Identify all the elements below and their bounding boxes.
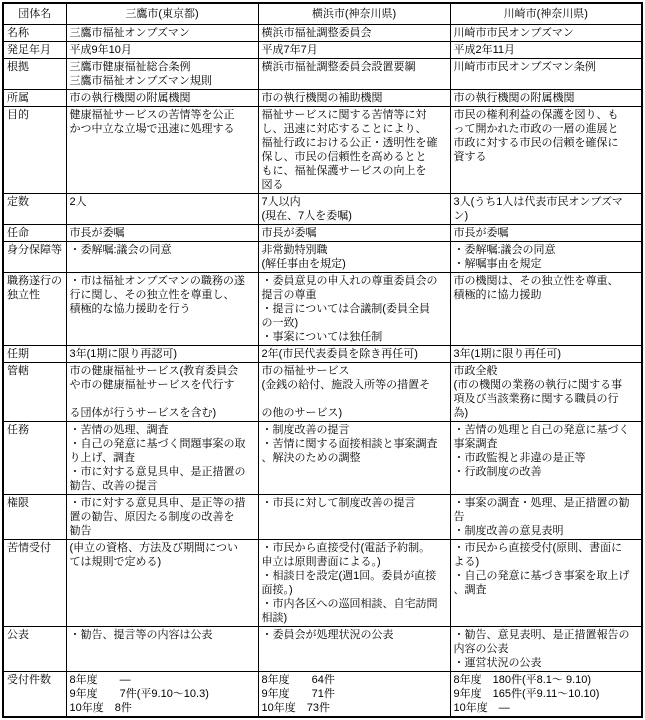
cell-mitaka: 平成9年10月 [66, 42, 258, 59]
cell-yokohama: 平成7年7月 [258, 42, 450, 59]
cell-kawasaki: 3人(うち1人は代表市民オンブズマ ン) [450, 194, 642, 225]
row-fixed-number: 定数 2人 7人以内 (現在、7人を委嘱) 3人(うち1人は代表市民オンブズマ … [3, 194, 642, 225]
cell-kawasaki: 市民の権利利益の保護を図り、も って開かれた市政の一層の進展と 市政に対する市民… [450, 107, 642, 194]
cell-kawasaki: 市長が委嘱 [450, 225, 642, 242]
cell-yokohama: ・市民から直接受付(電話予約制。 申立は原則書面による。) ・相談日を設定(週1… [258, 540, 450, 627]
row-label: 管轄 [3, 363, 66, 422]
cell-mitaka: ・苦情の処理、調査 ・自己の発意に基づく問題事案の取 り上げ、調査 ・市に対する… [66, 422, 258, 495]
cell-kawasaki: 平成2年11月 [450, 42, 642, 59]
cell-kawasaki: ・市民から直接受付(原則、書面に よる) ・自己の発意に基づき事案を取上げ 、調… [450, 540, 642, 627]
cell-mitaka: 健康福祉サービスの苦情等を公正 かつ中立な立場で迅速に処理する [66, 107, 258, 194]
row-label: 根拠 [3, 59, 66, 90]
row-affiliation: 所属 市の執行機関の附属機関 市の執行機関の補助機関 市の執行機関の附属機関 [3, 90, 642, 107]
row-established: 発足年月 平成9年10月 平成7年7月 平成2年11月 [3, 42, 642, 59]
row-cases-received: 受付件数 8年度 ― 9年度 7件(平9.10〜10.3) 10年度 8件 8年… [3, 672, 642, 718]
row-label: 職務遂行の独立性 [3, 273, 66, 346]
row-status-guarantee: 身分保障等 ・委解嘱:議会の同意 非常勤特別職 (解任事由を規定) ・委解嘱:議… [3, 242, 642, 273]
cell-mitaka: 市長が委嘱 [66, 225, 258, 242]
cell-yokohama: ・市長に対して制度改善の提言 [258, 495, 450, 540]
row-legal-basis: 根拠 三鷹市健康福祉総合条例 三鷹市福祉オンブズマン規則 横浜市福祉調整委員会設… [3, 59, 642, 90]
cell-yokohama: 市の福祉サービス (金銭の給付、施設入所等の措置そ の他のサービス) [258, 363, 450, 422]
ombudsman-comparison-document: 団体名 三鷹市(東京都) 横浜市(神奈川県) 川崎市(神奈川県) 名称 三鷹市福… [0, 0, 645, 720]
row-authority: 権限 ・市に対する意見具申、是正等の措 置の勧告、原因たる制度の改善を 勧告 ・… [3, 495, 642, 540]
header-city-mitaka: 三鷹市(東京都) [66, 3, 258, 25]
cell-mitaka: (申立の資格、方法及び期間につい ては規則で定める) [66, 540, 258, 627]
header-city-yokohama: 横浜市(神奈川県) [258, 3, 450, 25]
cell-yokohama: ・制度改善の提言 ・苦情に関する面接相談と事案調査 、解決のための調整 [258, 422, 450, 495]
cell-mitaka: 市の執行機関の附属機関 [66, 90, 258, 107]
row-purpose: 目的 健康福祉サービスの苦情等を公正 かつ中立な立場で迅速に処理する 福祉サービ… [3, 107, 642, 194]
cell-mitaka: ・市は福祉オンブズマンの職務の遂 行に関し、その独立性を尊重し、 積極的な協力援… [66, 273, 258, 346]
row-label: 名称 [3, 25, 66, 42]
row-label: 所属 [3, 90, 66, 107]
cell-kawasaki: 市の機関は、その独立性を尊重、 積極的に協力援助 [450, 273, 642, 346]
cell-kawasaki: ・事案の調査・処理、是正措置の勧 告 ・制度改善の意見表明 [450, 495, 642, 540]
row-name: 名称 三鷹市福祉オンブズマン 横浜市福祉調整委員会 川崎市市民オンブズマン [3, 25, 642, 42]
row-label: 苦情受付 [3, 540, 66, 627]
row-appointment: 任命 市長が委嘱 市長が委嘱 市長が委嘱 [3, 225, 642, 242]
cell-mitaka: 2人 [66, 194, 258, 225]
cell-yokohama: 横浜市福祉調整委員会設置要綱 [258, 59, 450, 90]
cell-kawasaki: 市政全般 (市の機関の業務の執行に関する事 項及び当該業務に関する職員の行 為) [450, 363, 642, 422]
cell-kawasaki: 川崎市市民オンブズマン [450, 25, 642, 42]
cell-kawasaki: 3年(1期に限り再任可) [450, 346, 642, 363]
cell-kawasaki: 8年度 180件(平8.1〜 9.10) 9年度 165件(平9.11〜10.1… [450, 672, 642, 718]
row-label: 定数 [3, 194, 66, 225]
row-term: 任期 3年(1期に限り再認可) 2年(市民代表委員を除き再任可) 3年(1期に限… [3, 346, 642, 363]
ombudsman-comparison-table: 団体名 三鷹市(東京都) 横浜市(神奈川県) 川崎市(神奈川県) 名称 三鷹市福… [2, 2, 643, 718]
row-publication: 公表 ・勧告、提言等の内容は公表 ・委員会が処理状況の公表 ・勧告、意見表明、是… [3, 627, 642, 672]
cell-mitaka: 市の健康福祉サービス(教育委員会 や市の健康福祉サービスを代行す る団体が行うサ… [66, 363, 258, 422]
cell-yokohama: 7人以内 (現在、7人を委嘱) [258, 194, 450, 225]
cell-yokohama: 市の執行機関の補助機関 [258, 90, 450, 107]
cell-yokohama: 横浜市福祉調整委員会 [258, 25, 450, 42]
row-duties: 任務 ・苦情の処理、調査 ・自己の発意に基づく問題事案の取 り上げ、調査 ・市に… [3, 422, 642, 495]
cell-mitaka: 8年度 ― 9年度 7件(平9.10〜10.3) 10年度 8件 [66, 672, 258, 718]
row-label: 公表 [3, 627, 66, 672]
cell-mitaka: ・勧告、提言等の内容は公表 [66, 627, 258, 672]
cell-mitaka: 三鷹市健康福祉総合条例 三鷹市福祉オンブズマン規則 [66, 59, 258, 90]
row-jurisdiction: 管轄 市の健康福祉サービス(教育委員会 や市の健康福祉サービスを代行す る団体が… [3, 363, 642, 422]
row-label: 任命 [3, 225, 66, 242]
header-organization-label: 団体名 [3, 3, 66, 25]
cell-mitaka: ・市に対する意見具申、是正等の措 置の勧告、原因たる制度の改善を 勧告 [66, 495, 258, 540]
cell-kawasaki: 市の執行機関の附属機関 [450, 90, 642, 107]
cell-mitaka: 3年(1期に限り再認可) [66, 346, 258, 363]
cell-yokohama: 福祉サービスに関する苦情等に対 し、迅速に対応することにより、 福祉行政における… [258, 107, 450, 194]
cell-kawasaki: ・苦情の処理と自己の発意に基づく 事案調査 ・市政監視と非違の是正等 ・行政制度… [450, 422, 642, 495]
row-label: 目的 [3, 107, 66, 194]
row-label: 受付件数 [3, 672, 66, 718]
row-label: 発足年月 [3, 42, 66, 59]
cell-yokohama: 市長が委嘱 [258, 225, 450, 242]
cell-mitaka: ・委解嘱:議会の同意 [66, 242, 258, 273]
cell-kawasaki: ・委解嘱:議会の同意 ・解嘱事由を規定 [450, 242, 642, 273]
cell-mitaka: 三鷹市福祉オンブズマン [66, 25, 258, 42]
row-label: 権限 [3, 495, 66, 540]
row-label: 任期 [3, 346, 66, 363]
cell-yokohama: 2年(市民代表委員を除き再任可) [258, 346, 450, 363]
row-label: 任務 [3, 422, 66, 495]
cell-yokohama: ・委員意見の申入れの尊重委員会の 提言の尊重 ・提言については合議制(委員全員 … [258, 273, 450, 346]
row-label: 身分保障等 [3, 242, 66, 273]
row-complaint-reception: 苦情受付 (申立の資格、方法及び期間につい ては規則で定める) ・市民から直接受… [3, 540, 642, 627]
cell-yokohama: ・委員会が処理状況の公表 [258, 627, 450, 672]
header-city-kawasaki: 川崎市(神奈川県) [450, 3, 642, 25]
cell-yokohama: 8年度 64件 9年度 71件 10年度 73件 [258, 672, 450, 718]
cell-yokohama: 非常勤特別職 (解任事由を規定) [258, 242, 450, 273]
header-row: 団体名 三鷹市(東京都) 横浜市(神奈川県) 川崎市(神奈川県) [3, 3, 642, 25]
row-independence: 職務遂行の独立性 ・市は福祉オンブズマンの職務の遂 行に関し、その独立性を尊重し… [3, 273, 642, 346]
cell-kawasaki: 川崎市市民オンブズマン条例 [450, 59, 642, 90]
cell-kawasaki: ・勧告、意見表明、是正措置報告の 内容の公表 ・運営状況の公表 [450, 627, 642, 672]
